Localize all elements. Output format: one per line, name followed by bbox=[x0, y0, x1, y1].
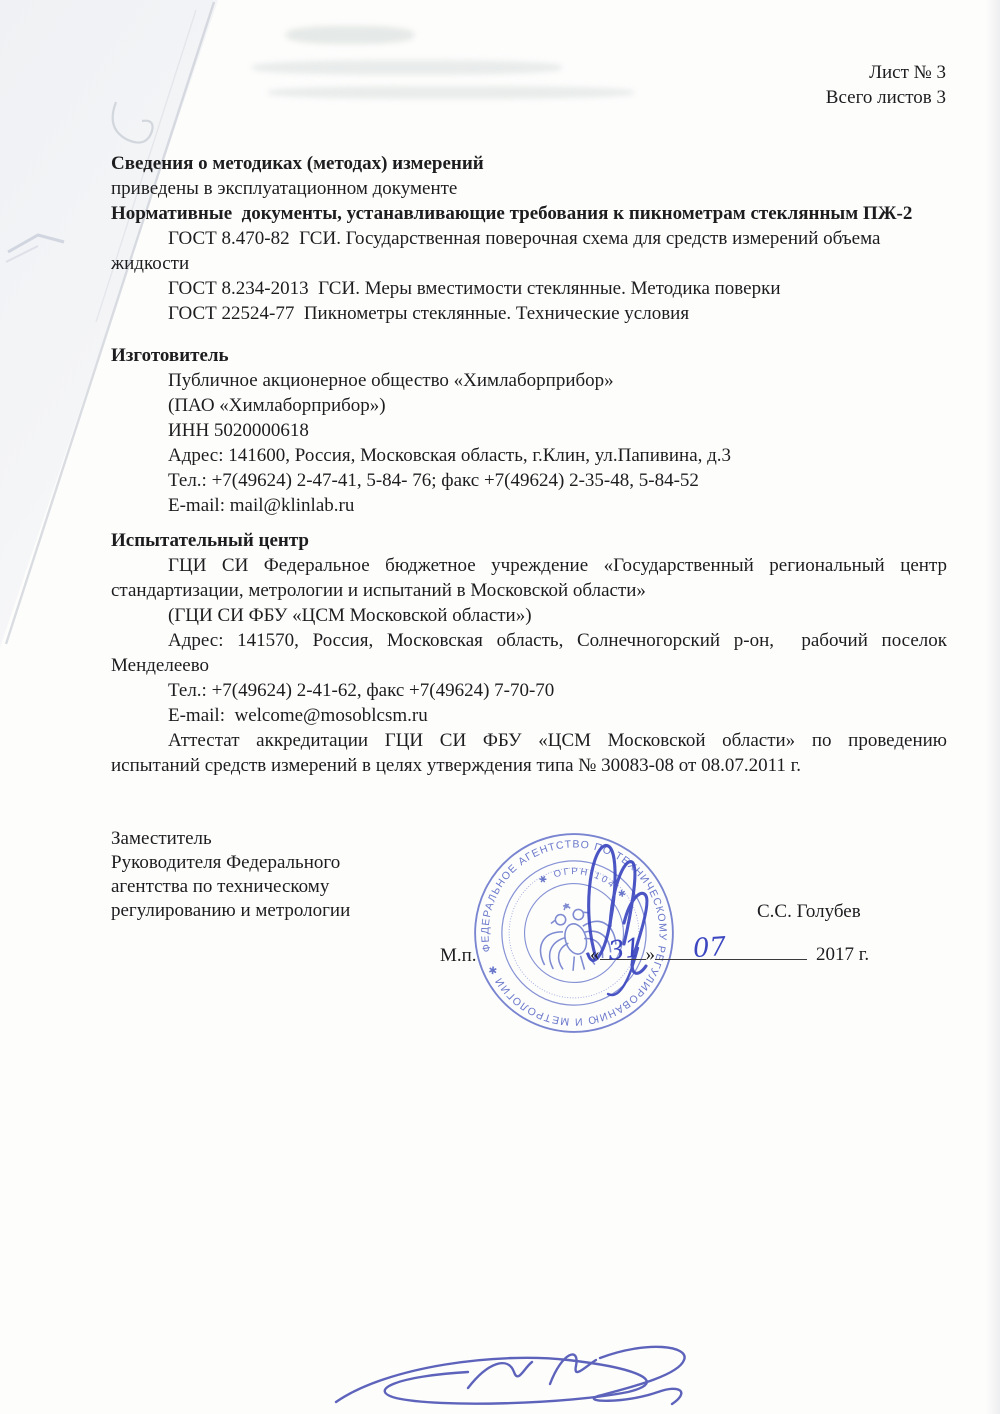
manufacturer-address: Адрес: 141600, Россия, Московская област… bbox=[111, 443, 947, 468]
ghost-text-smudge bbox=[268, 86, 634, 99]
test-center-email: E-mail: welcome@mosoblcsm.ru bbox=[111, 703, 947, 728]
day-blank-line: 31 bbox=[600, 959, 646, 960]
manufacturer-inn: ИНН 5020000618 bbox=[111, 418, 947, 443]
ghost-text-smudge bbox=[286, 26, 414, 44]
handwritten-day: 31 bbox=[606, 933, 643, 967]
manufacturer-email: E-mail: mail@klinlab.ru bbox=[111, 493, 947, 518]
gost-8470-cont: жидкости bbox=[111, 251, 947, 276]
year-label: 2017 г. bbox=[816, 944, 869, 965]
bottom-page-signature bbox=[318, 1332, 718, 1414]
month-blank-line: 07 bbox=[655, 959, 807, 960]
test-center-title: Испытательный центр bbox=[111, 528, 947, 553]
signer-signature bbox=[568, 828, 688, 1013]
test-center-short-name: (ГЦИ СИ ФБУ «ЦСМ Московской области») bbox=[111, 603, 947, 628]
gost-8234: ГОСТ 8.234-2013 ГСИ. Меры вместимости ст… bbox=[111, 276, 947, 301]
methods-title: Сведения о методиках (методах) измерений bbox=[111, 151, 947, 176]
stamp-place-label: М.п. bbox=[440, 945, 477, 967]
manufacturer-phone: Тел.: +7(49624) 2-47-41, 5-84- 76; факс … bbox=[111, 468, 947, 493]
signer-position: Заместитель bbox=[111, 827, 411, 851]
test-center-name-cont: стандартизации, метрологии и испытаний в… bbox=[111, 578, 947, 603]
sheet-numbering: Лист № 3 Всего листов 3 bbox=[826, 60, 946, 110]
section-manufacturer: Изготовитель Публичное акционерное общес… bbox=[111, 343, 947, 518]
section-measurement-methods: Сведения о методиках (методах) измерений… bbox=[111, 151, 947, 326]
gost-8470: ГОСТ 8.470-82 ГСИ. Государственная повер… bbox=[111, 226, 947, 251]
gost-22524: ГОСТ 22524-77 Пикнометры стеклянные. Тех… bbox=[111, 301, 947, 326]
test-center-name: ГЦИ СИ Федеральное бюджетное учреждение … bbox=[111, 553, 947, 578]
test-center-phone: Тел.: +7(49624) 2-41-62, факс +7(49624) … bbox=[111, 678, 947, 703]
handwritten-month: 07 bbox=[692, 932, 727, 964]
sheet-number: Лист № 3 bbox=[826, 60, 946, 85]
manufacturer-title: Изготовитель bbox=[111, 343, 947, 368]
signer-position: Руководителя Федерального bbox=[111, 851, 411, 875]
section-test-center: Испытательный центр ГЦИ СИ Федеральное б… bbox=[111, 528, 947, 778]
quote-close: » bbox=[646, 944, 656, 965]
quote-open: « bbox=[590, 944, 600, 965]
document-page: Лист № 3 Всего листов 3 Сведения о метод… bbox=[0, 0, 1000, 1414]
test-center-address-cont: Менделеево bbox=[111, 653, 947, 678]
accreditation-certificate-cont: испытаний средств измерений в целях утве… bbox=[111, 753, 947, 778]
manufacturer-name: Публичное акционерное общество «Химлабор… bbox=[111, 368, 947, 393]
signer-position-block: Заместитель Руководителя Федерального аг… bbox=[111, 827, 411, 923]
test-center-address: Адрес: 141570, Россия, Московская област… bbox=[111, 628, 947, 653]
signer-name: С.С. Голубев bbox=[757, 901, 861, 923]
methods-subtitle: приведены в эксплуатационном документе bbox=[111, 176, 947, 201]
manufacturer-short-name: (ПАО «Химлаборприбор») bbox=[111, 393, 947, 418]
total-sheets: Всего листов 3 bbox=[826, 85, 946, 110]
signing-date-line: «31»072017 г. bbox=[590, 944, 869, 966]
page-edge-shadow bbox=[986, 0, 1000, 1414]
normative-documents-title: Нормативные документы, устанавливающие т… bbox=[111, 201, 947, 226]
accreditation-certificate: Аттестат аккредитации ГЦИ СИ ФБУ «ЦСМ Мо… bbox=[111, 728, 947, 753]
signer-position: агентства по техническому bbox=[111, 875, 411, 899]
ghost-text-smudge bbox=[252, 60, 562, 75]
signer-position: регулированию и метрологии bbox=[111, 899, 411, 923]
